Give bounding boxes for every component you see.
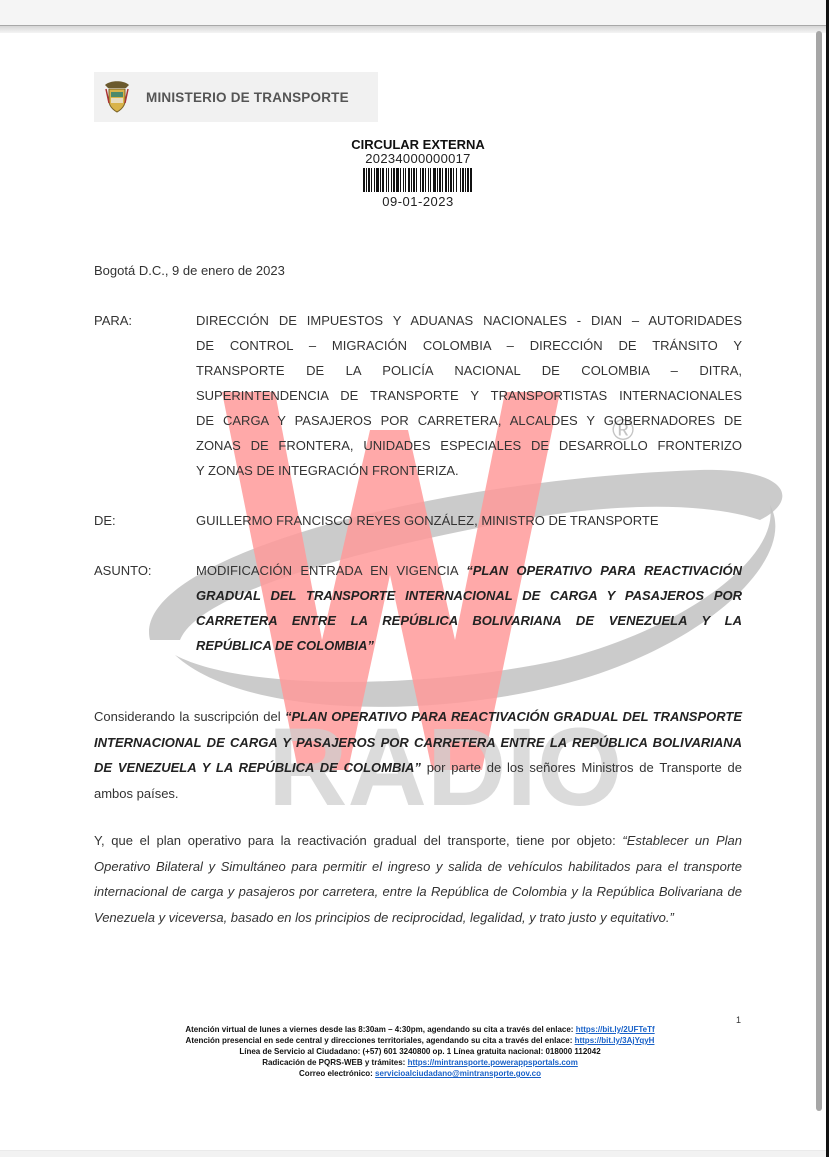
para-line-4: SUPERINTENDENCIA DE TRANSPORTE Y TRANSPO… <box>196 383 742 408</box>
asunto-line-3: CARRETERA ENTRE LA REPÚBLICA BOLIVARIANA… <box>196 608 742 633</box>
para-line-2: DE CONTROL – MIGRACIÓN COLOMBIA – DIRECC… <box>196 333 742 358</box>
presencial-appointment-link[interactable]: https://bit.ly/3AjYqyH <box>575 1036 655 1045</box>
footer-line-1: Atención virtual de lunes a viernes desd… <box>100 1024 740 1035</box>
footer-line-3: Línea de Servicio al Ciudadano: (+57) 60… <box>100 1046 740 1057</box>
para-line-7: Y ZONAS DE INTEGRACIÓN FRONTERIZA. <box>196 458 742 483</box>
ministry-name: MINISTERIO DE TRANSPORTE <box>146 90 349 105</box>
asunto-emphasis: “PLAN OPERATIVO PARA REACTIVACIÓN <box>466 563 742 578</box>
paragraph1-lead: Considerando la suscripción del <box>94 709 285 724</box>
barcode-icon <box>280 168 556 192</box>
footer-presencial-text: Atención presencial en sede central y di… <box>186 1036 575 1045</box>
vertical-scrollbar[interactable] <box>816 31 822 1111</box>
asunto-line-2: GRADUAL DEL TRANSPORTE INTERNACIONAL DE … <box>196 583 742 608</box>
footer-line-2: Atención presencial en sede central y di… <box>100 1035 740 1046</box>
asunto-prefix: MODIFICACIÓN ENTRADA EN VIGENCIA <box>196 563 466 578</box>
objeto-paragraph: Y, que el plan operativo para la reactiv… <box>94 828 742 930</box>
circular-date: 09-01-2023 <box>280 194 556 209</box>
email-link[interactable]: servicioalciudadano@mintransporte.gov.co <box>375 1069 541 1078</box>
footer-pqrs-text: Radicación de PQRS-WEB y trámites: <box>262 1058 407 1067</box>
considerando-paragraph: Considerando la suscripción del “PLAN OP… <box>94 704 742 806</box>
para-label: PARA: <box>94 308 132 333</box>
footer-line-5: Correo electrónico: servicioalciudadano@… <box>100 1068 740 1079</box>
asunto-line-4: REPÚBLICA DE COLOMBIA” <box>196 633 742 658</box>
place-and-date: Bogotá D.C., 9 de enero de 2023 <box>94 258 285 283</box>
pqrs-portal-link[interactable]: https://mintransporte.powerappsportals.c… <box>408 1058 578 1067</box>
de-label: DE: <box>94 508 116 533</box>
document-page: MINISTERIO DE TRANSPORTE CIRCULAR EXTERN… <box>0 0 829 1157</box>
circular-header: CIRCULAR EXTERNA 20234000000017 09-01-20… <box>280 137 556 209</box>
footer-email-text: Correo electrónico: <box>299 1069 375 1078</box>
viewer-bottom-edge <box>0 1150 826 1157</box>
para-line-1: DIRECCIÓN DE IMPUESTOS Y ADUANAS NACIONA… <box>196 308 742 333</box>
footer-virtual-text: Atención virtual de lunes a viernes desd… <box>185 1025 575 1034</box>
para-line-5: DE CARGA Y PASAJEROS POR CARRETERA, ALCA… <box>196 408 742 433</box>
ministry-letterhead: MINISTERIO DE TRANSPORTE <box>94 72 378 122</box>
virtual-appointment-link[interactable]: https://bit.ly/2UFTeTf <box>576 1025 655 1034</box>
paragraph2-lead: Y, que el plan operativo para la reactiv… <box>94 833 622 848</box>
de-value: GUILLERMO FRANCISCO REYES GONZÁLEZ, MINI… <box>196 508 742 533</box>
contact-footer: Atención virtual de lunes a viernes desd… <box>100 1024 740 1079</box>
footer-line-4: Radicación de PQRS-WEB y trámites: https… <box>100 1057 740 1068</box>
circular-number: 20234000000017 <box>280 152 556 166</box>
colombia-coat-of-arms-icon <box>102 79 132 115</box>
circular-title: CIRCULAR EXTERNA <box>280 137 556 152</box>
asunto-label: ASUNTO: <box>94 558 152 583</box>
para-line-6: ZONAS DE FRONTERA, UNIDADES ESPECIALES D… <box>196 433 742 458</box>
asunto-line-1: MODIFICACIÓN ENTRADA EN VIGENCIA “PLAN O… <box>196 558 742 583</box>
para-line-3: TRANSPORTE DE LA POLICÍA NACIONAL DE COL… <box>196 358 742 383</box>
